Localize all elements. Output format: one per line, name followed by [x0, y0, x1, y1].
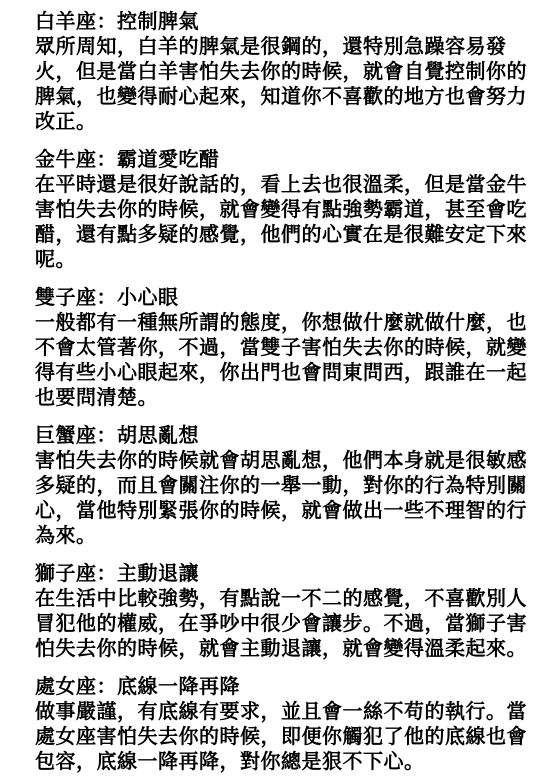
- section-body-line: 冒犯他的權威，在爭吵中很少會讓步。不過，當獅子害: [35, 611, 514, 636]
- section-body-line: 改正。: [35, 109, 514, 134]
- section-body-line: 呢。: [35, 247, 514, 272]
- section-body-line: 為來。: [35, 523, 514, 548]
- section-title: 金牛座：霸道愛吃醋: [35, 147, 514, 172]
- section-body-line: 得有些小心眼起來，你出門也會問東問西，跟誰在一起: [35, 360, 514, 385]
- section-body-line: 在平時還是很好說話的，看上去也很溫柔，但是當金牛: [35, 172, 514, 197]
- zodiac-section: 巨蟹座：胡思亂想害怕失去你的時候就會胡思亂想，他們本身就是很敏感多疑的，而且會關…: [35, 423, 514, 548]
- section-body-line: 害怕失去你的時候就會胡思亂想，他們本身就是很敏感: [35, 448, 514, 473]
- section-title: 巨蟹座：胡思亂想: [35, 423, 514, 448]
- section-body-line: 害怕失去你的時候，就會變得有點強勢霸道，甚至會吃: [35, 197, 514, 222]
- section-title: 白羊座：控制脾氣: [35, 9, 514, 34]
- zodiac-section: 金牛座：霸道愛吃醋在平時還是很好說話的，看上去也很溫柔，但是當金牛害怕失去你的時…: [35, 147, 514, 272]
- section-title: 處女座：底線一降再降: [35, 674, 514, 699]
- section-body-line: 在生活中比較強勢，有點說一不二的感覺，不喜歡別人: [35, 586, 514, 611]
- section-title: 獅子座：主動退讓: [35, 561, 514, 586]
- section-title: 雙子座：小心眼: [35, 285, 514, 310]
- section-body-line: 也要問清楚。: [35, 385, 514, 410]
- section-body-line: 多疑的，而且會關注你的一舉一動，對你的行為特別關: [35, 473, 514, 498]
- section-body-line: 處女座害怕失去你的時候，即便你觸犯了他的底線也會: [35, 724, 514, 749]
- zodiac-section: 白羊座：控制脾氣眾所周知，白羊的脾氣是很鋼的，還特別急躁容易發火，但是當白羊害怕…: [35, 9, 514, 134]
- section-body-line: 做事嚴謹，有底線有要求，並且會一絲不苟的執行。當: [35, 699, 514, 724]
- section-body-line: 眾所周知，白羊的脾氣是很鋼的，還特別急躁容易發: [35, 34, 514, 59]
- section-body-line: 心，當他特別緊張你的時候，就會做出一些不理智的行: [35, 498, 514, 523]
- section-body-line: 不會太管著你，不過，當雙子害怕失去你的時候，就變: [35, 335, 514, 360]
- zodiac-section: 雙子座：小心眼一般都有一種無所謂的態度，你想做什麼就做什麼，也不會太管著你，不過…: [35, 285, 514, 410]
- section-body-line: 火，但是當白羊害怕失去你的時候，就會自覺控制你的: [35, 59, 514, 84]
- section-body-line: 一般都有一種無所謂的態度，你想做什麼就做什麼，也: [35, 310, 514, 335]
- section-body-line: 包容，底線一降再降，對你總是狠不下心。: [35, 749, 514, 774]
- section-body-line: 怕失去你的時候，就會主動退讓，就會變得溫柔起來。: [35, 636, 514, 661]
- zodiac-section: 處女座：底線一降再降做事嚴謹，有底線有要求，並且會一絲不苟的執行。當處女座害怕失…: [35, 674, 514, 774]
- zodiac-section: 獅子座：主動退讓在生活中比較強勢，有點說一不二的感覺，不喜歡別人冒犯他的權威，在…: [35, 561, 514, 661]
- section-body-line: 醋，還有點多疑的感覺，他們的心實在是很難安定下來: [35, 222, 514, 247]
- zodiac-article: 白羊座：控制脾氣眾所周知，白羊的脾氣是很鋼的，還特別急躁容易發火，但是當白羊害怕…: [0, 0, 534, 774]
- section-body-line: 脾氣，也變得耐心起來，知道你不喜歡的地方也會努力: [35, 84, 514, 109]
